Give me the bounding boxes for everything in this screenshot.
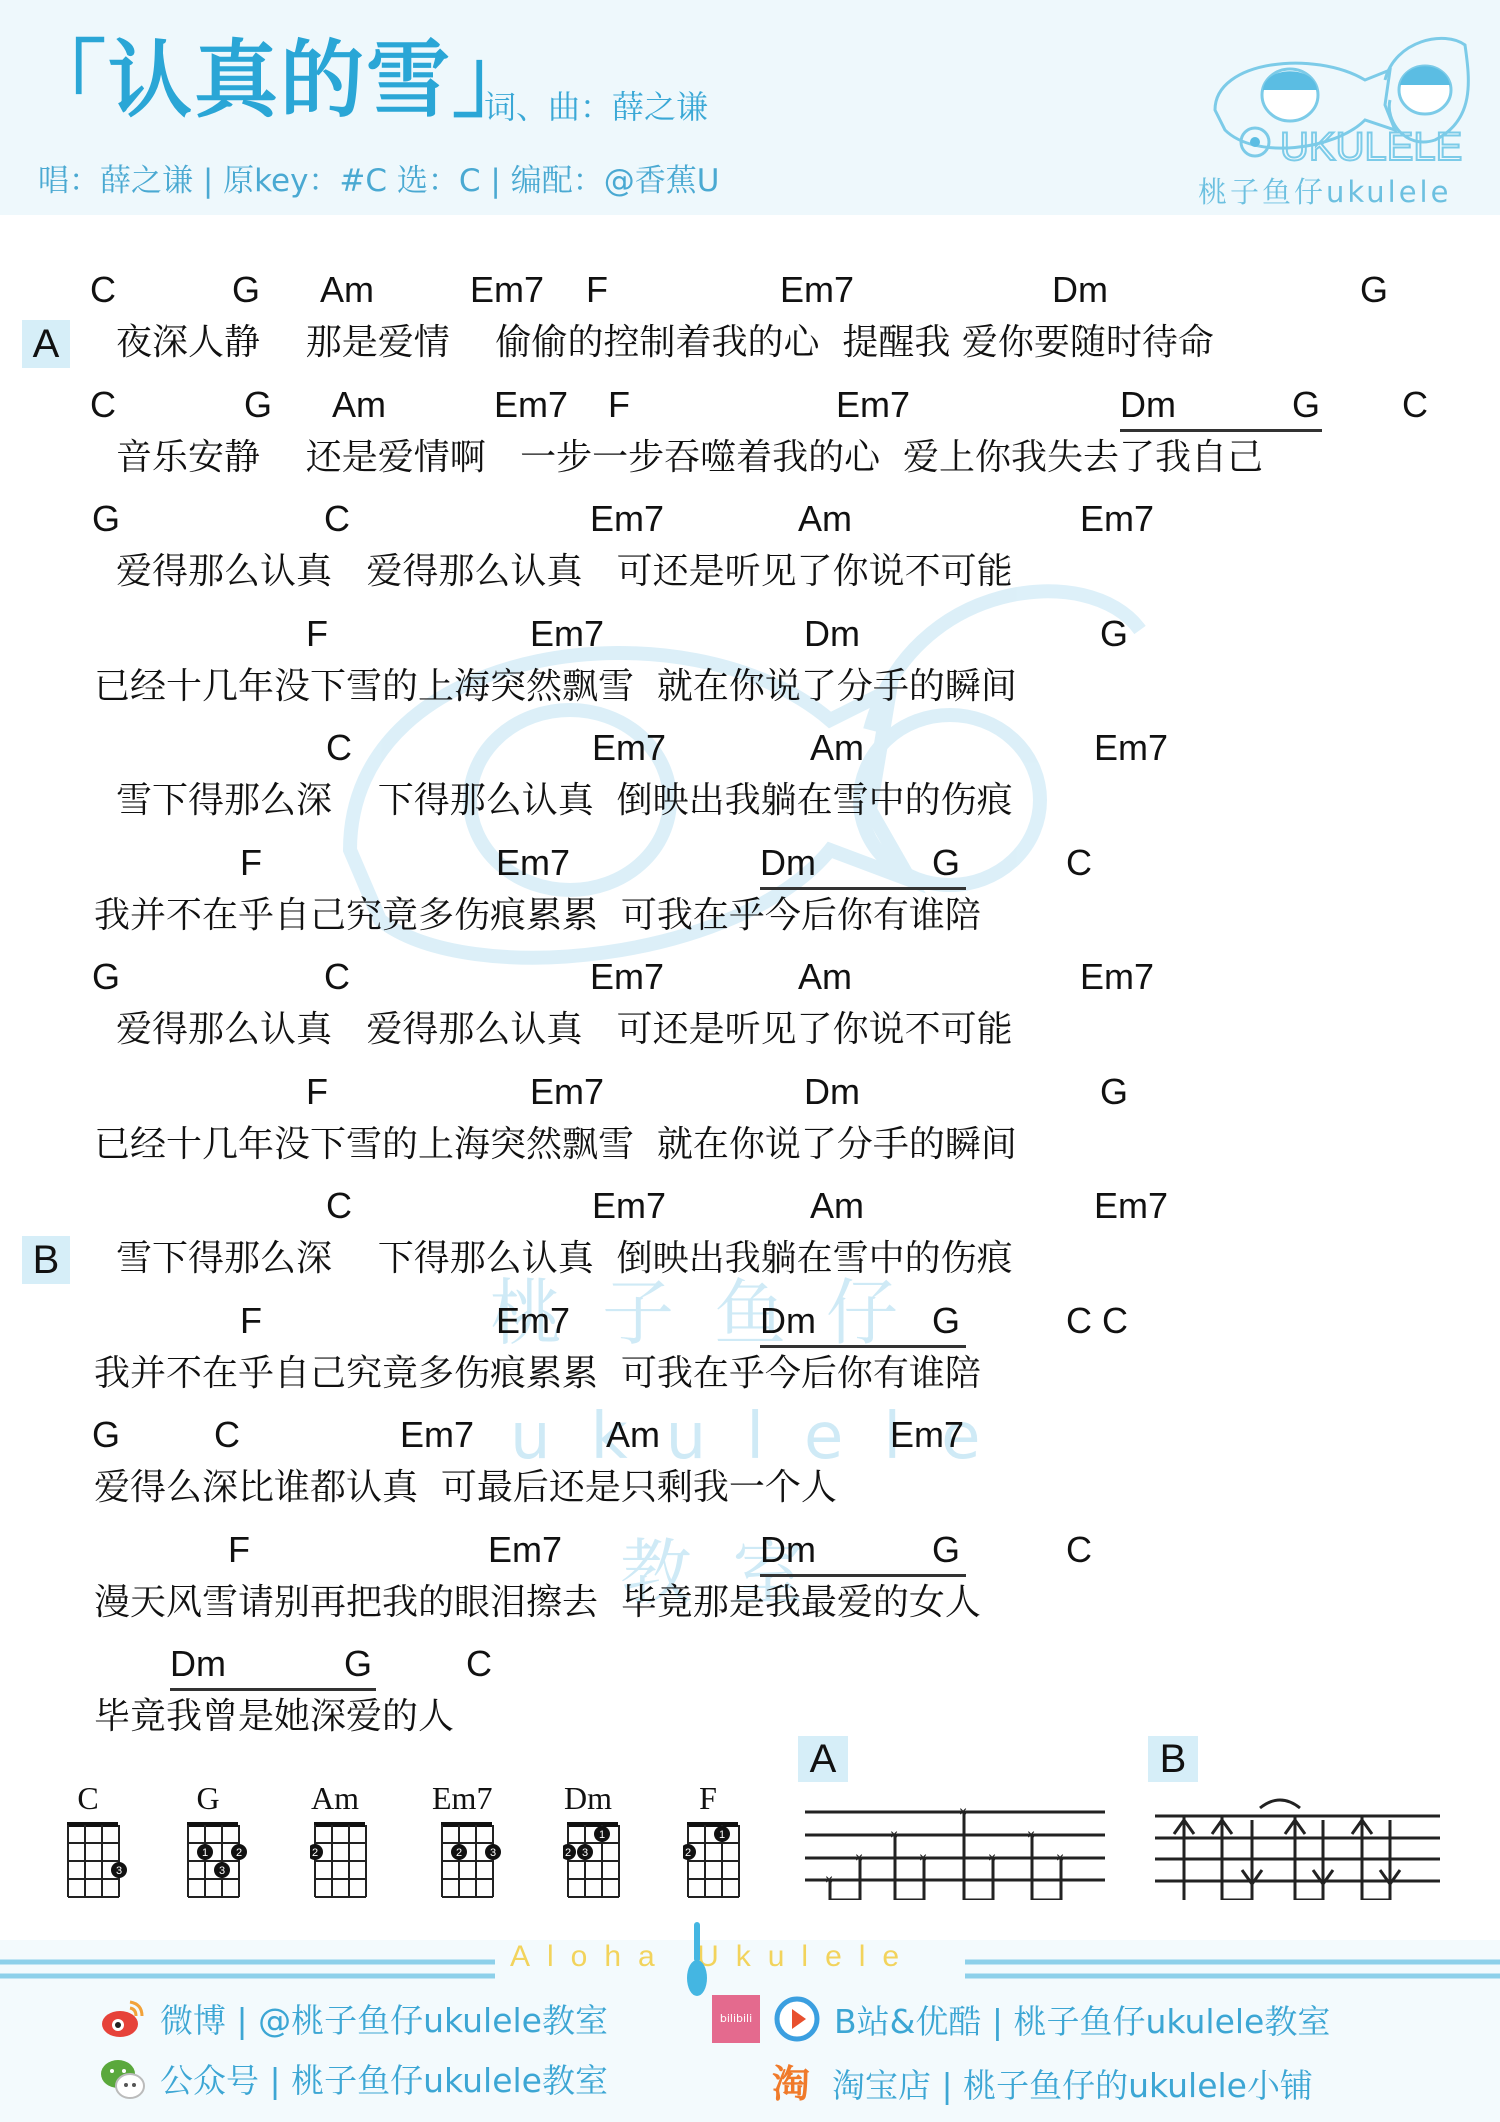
chord-label: Am [798,955,852,999]
lyric-line: 漫天风雪请别再把我的眼泪擦去 毕竟那是我最爱的女人 [94,1580,981,1626]
chord-label: C [1402,383,1428,427]
svg-text:2: 2 [236,1847,242,1859]
chord-label: Em7 [1080,497,1154,541]
chord-label: Dm [760,1528,816,1572]
chord-label: Em7 [494,383,568,427]
chord-label: Dm [804,1070,860,1114]
svg-text:2: 2 [565,1847,571,1859]
lyric-line: 已经十几年没下雪的上海突然飘雪 就在你说了分手的瞬间 [94,1122,1017,1168]
svg-text:3: 3 [219,1865,225,1877]
svg-text:×: × [825,1871,833,1887]
chord-label: C [1066,841,1092,885]
chord-label: Em7 [1094,726,1168,770]
section-marker-b: B [22,1236,70,1284]
chord-label: G [92,1413,120,1457]
chord-label: C [326,726,352,770]
lyric-line: 毕竟我曾是她深爱的人 [94,1694,454,1740]
chord-label: F [586,268,608,312]
weibo-icon [100,1996,146,2042]
chord-label: G [232,268,260,312]
chord-row: FEm7DmGC C [0,1299,1500,1349]
chord-label: Dm [170,1642,226,1686]
chord-row: GCEm7AmEm7 [0,955,1500,1005]
fretboard-grid: 23 [437,1822,507,1912]
song-title: 「认真的雪」 [22,30,538,130]
chord-label: C [466,1642,492,1686]
chord-label: Em7 [488,1528,562,1572]
wechat-label: 公众号 | 桃子鱼仔ukulele教室 [160,2055,608,2102]
chord-label: Em7 [780,268,854,312]
chord-label: Em7 [836,383,910,427]
chord-row: FEm7DmG [0,612,1500,662]
chord-underline [760,1574,966,1577]
ukulele-icon [682,1920,712,2000]
svg-text:2: 2 [312,1847,318,1859]
svg-text:×: × [1056,1849,1064,1865]
chord-label: Dm [1120,383,1176,427]
chord-underline [1120,429,1322,432]
chord-label: F [240,841,262,885]
chord-label: G [92,955,120,999]
chord-row: CEm7AmEm7 [0,726,1500,776]
chord-label: Am [332,383,386,427]
bilibili-youku-link[interactable]: bilibili B站&优酷 | 桃子鱼仔ukulele教室 [712,1995,1330,2043]
chord-label: C [324,955,350,999]
lyric-line: 爱得那么认真 爱得那么认真 可还是听见了你说不可能 [116,549,1013,595]
chord-label: G [1292,383,1320,427]
chord-label: G [92,497,120,541]
chord-underline [760,887,966,890]
fretboard-grid: 2 [310,1822,380,1912]
brand-caption: 桃子鱼仔ukulele [1198,170,1451,211]
chord-label: Am [798,497,852,541]
chord-label: C [324,497,350,541]
chord-label: Dm [760,841,816,885]
chord-row: CEm7AmEm7 [0,1184,1500,1234]
lyric-line: 雪下得那么深 下得那么认真 倒映出我躺在雪中的伤痕 [116,1236,1013,1282]
strum-label-a: A [798,1736,848,1782]
chord-label: Em7 [590,497,664,541]
strum-pattern-b [1150,1790,1450,1900]
chord-label: G [344,1642,372,1686]
chord-label: Am [320,268,374,312]
chord-label: G [932,841,960,885]
chord-label: Em7 [1094,1184,1168,1228]
chord-label: Am [810,726,864,770]
chord-label: G [932,1299,960,1343]
svg-text:×: × [1027,1826,1035,1842]
chord-label: C C [1066,1299,1128,1343]
lyric-line: 已经十几年没下雪的上海突然飘雪 就在你说了分手的瞬间 [94,664,1017,710]
fretboard-grid: 12 [683,1822,753,1912]
lyric-line: 爱得那么认真 爱得那么认真 可还是听见了你说不可能 [116,1007,1013,1053]
svg-text:×: × [959,1803,967,1819]
chord-diagram-name: G [178,1780,238,1817]
weibo-link[interactable]: 微博 | @桃子鱼仔ukulele教室 [100,1995,608,2042]
song-credits: 词、曲：薛之谦 [484,82,708,128]
wechat-link[interactable]: 公众号 | 桃子鱼仔ukulele教室 [100,2055,608,2102]
chord-row: GCEm7AmEm7 [0,497,1500,547]
chord-label: Dm [1052,268,1108,312]
lyric-line: 我并不在乎自己究竟多伤痕累累 可我在乎今后你有谁陪 [94,893,981,939]
strum-pattern-a: ×× ×× ×× ×× [800,1800,1110,1900]
bilibili-youku-label: B站&优酷 | 桃子鱼仔ukulele教室 [834,1996,1330,2043]
strum-label-b: B [1148,1736,1198,1782]
chord-diagram-name: Dm [558,1780,618,1817]
chord-label: C [1066,1528,1092,1572]
chord-label: Dm [760,1299,816,1343]
taobao-icon: 淘 [772,2061,818,2107]
chord-label: F [306,612,328,656]
chord-label: Em7 [530,612,604,656]
svg-text:2: 2 [685,1847,691,1859]
chord-label: Em7 [592,726,666,770]
chord-diagram-name: C [58,1780,118,1817]
chord-label: C [214,1413,240,1457]
chord-label: F [228,1528,250,1572]
chord-label: G [1100,1070,1128,1114]
chord-row: GCEm7AmEm7 [0,1413,1500,1463]
chord-label: Em7 [592,1184,666,1228]
weibo-label: 微博 | @桃子鱼仔ukulele教室 [160,1995,608,2042]
lyric-line: 夜深人静 那是爱情 偷偷的控制着我的心 提醒我 爱你要随时待命 [116,320,1214,366]
chord-label: Dm [804,612,860,656]
fretboard-grid: 123 [563,1822,633,1912]
chord-row: CGAmEm7FEm7DmG [0,268,1500,318]
chord-label: Em7 [400,1413,474,1457]
svg-text:×: × [988,1849,996,1865]
chord-label: Am [810,1184,864,1228]
svg-text:×: × [890,1826,898,1842]
chord-label: Em7 [890,1413,964,1457]
chord-label: Am [606,1413,660,1457]
svg-text:2: 2 [456,1847,462,1859]
chord-row: CGAmEm7FEm7DmGC [0,383,1500,433]
svg-text:1: 1 [202,1847,208,1859]
chord-label: Em7 [530,1070,604,1114]
youku-play-icon [774,1996,820,2042]
svg-text:1: 1 [719,1829,725,1841]
fretboard-grid: 123 [183,1822,253,1912]
fretboard-grid: 3 [63,1822,133,1912]
chord-underline [170,1688,376,1691]
chord-label: G [1100,612,1128,656]
wechat-icon [100,2056,146,2102]
lyric-line: 爱得么深比谁都认真 可最后还是只剩我一个人 [94,1465,837,1511]
chord-label: F [240,1299,262,1343]
svg-text:3: 3 [116,1865,122,1877]
chord-row: FEm7DmG [0,1070,1500,1120]
aloha-ukulele-text: Aloha Ukulele [510,1940,916,1974]
chord-diagram-name: Am [305,1780,365,1817]
chord-label: F [608,383,630,427]
taobao-link[interactable]: 淘 淘宝店 | 桃子鱼仔的ukulele小铺 [772,2060,1313,2107]
chord-row: DmGC [0,1642,1500,1692]
lyric-line: 音乐安静 还是爱情啊 一步一步吞噬着我的心 爱上你我失去了我自己 [116,435,1263,481]
svg-text:3: 3 [582,1847,588,1859]
chord-diagram-name: Em7 [432,1780,492,1817]
taobao-label: 淘宝店 | 桃子鱼仔的ukulele小铺 [832,2060,1313,2107]
svg-text:1: 1 [599,1829,605,1841]
chord-label: C [326,1184,352,1228]
svg-text:3: 3 [490,1847,496,1859]
svg-text:×: × [919,1849,927,1865]
chord-label: C [90,268,116,312]
chord-label: Em7 [1080,955,1154,999]
chord-row: FEm7DmGC [0,841,1500,891]
chord-label: G [932,1528,960,1572]
section-marker-a: A [22,320,70,368]
lyric-line: 我并不在乎自己究竟多伤痕累累 可我在乎今后你有谁陪 [94,1351,981,1397]
bilibili-icon: bilibili [712,1995,760,2043]
lyric-line: 雪下得那么深 下得那么认真 倒映出我躺在雪中的伤痕 [116,778,1013,824]
chord-underline [760,1345,966,1348]
chord-label: C [90,383,116,427]
chord-label: G [1360,268,1388,312]
chord-label: Em7 [496,1299,570,1343]
chord-label: G [244,383,272,427]
chord-label: F [306,1070,328,1114]
chord-row: FEm7DmGC [0,1528,1500,1578]
chord-diagram-name: F [678,1780,738,1817]
svg-text:×: × [855,1849,863,1865]
svg-text:UKULELE: UKULELE [1280,125,1462,169]
chord-label: Em7 [590,955,664,999]
chord-label: Em7 [496,841,570,885]
chord-label: Em7 [470,268,544,312]
song-meta: 唱：薛之谦 | 原key：#C 选：C | 编配：@香蕉U [38,155,719,200]
